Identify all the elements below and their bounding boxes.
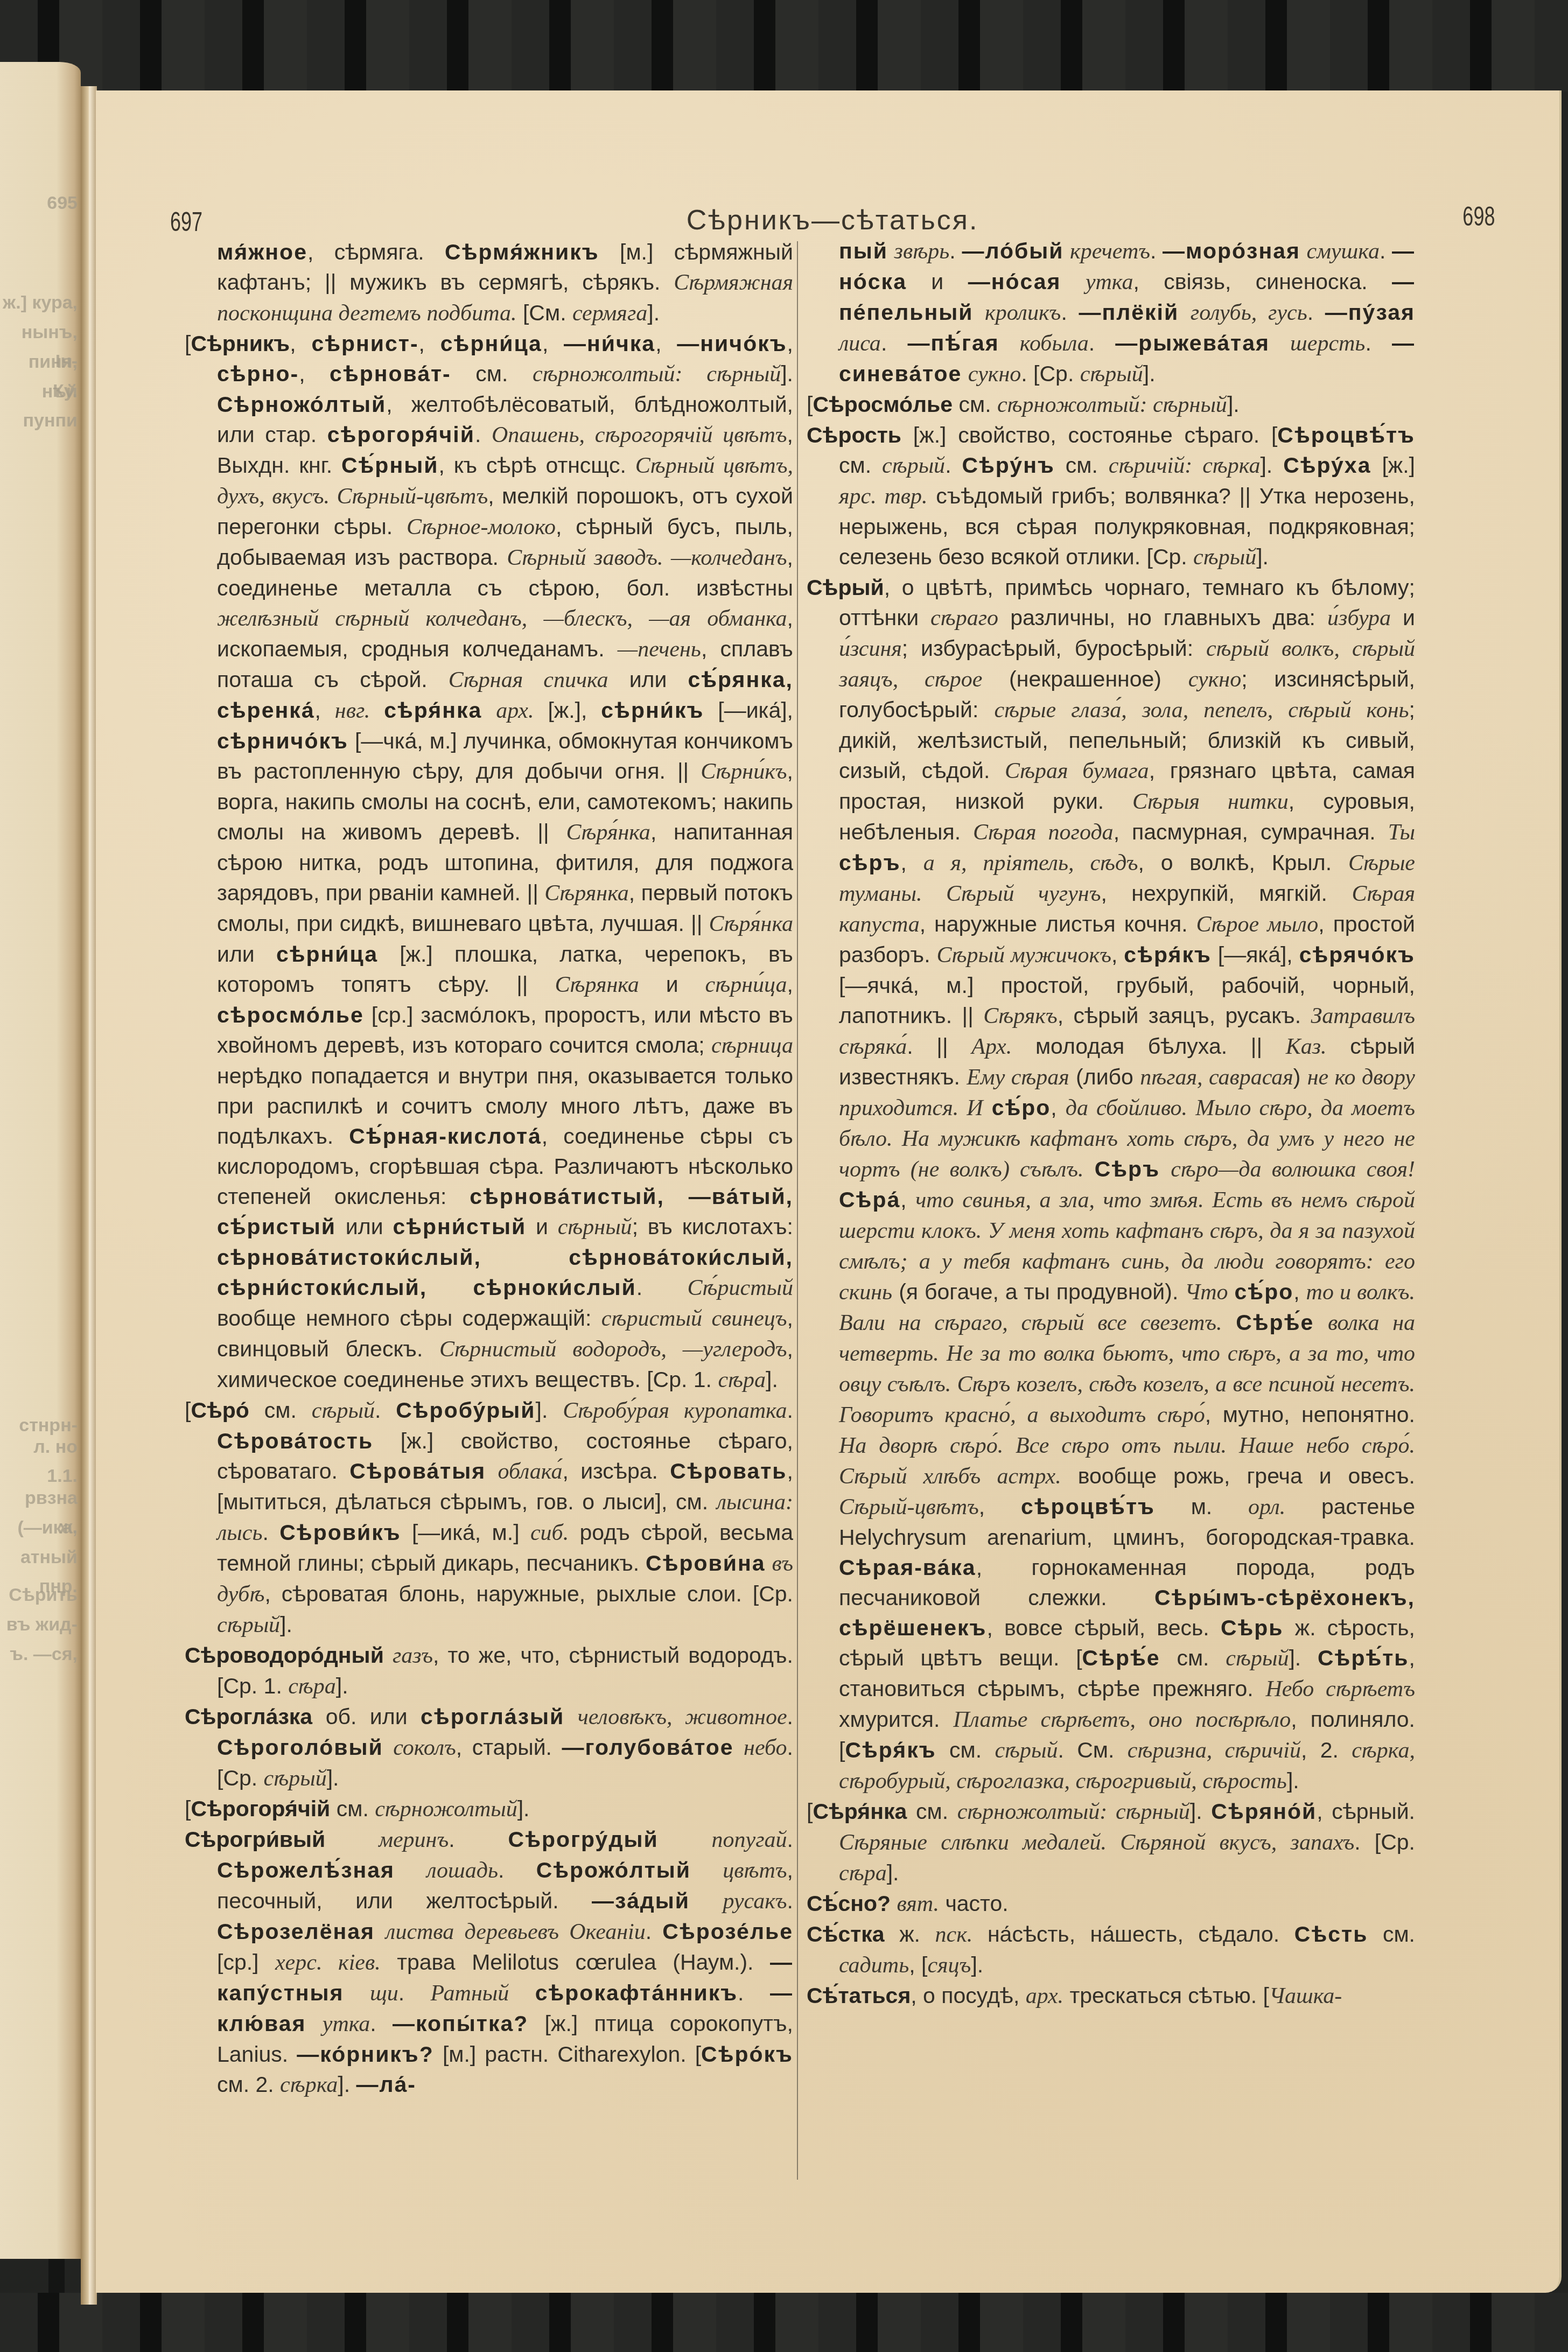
italic-example: сѣрый: [1193, 545, 1256, 570]
entry-text: .: [646, 1919, 663, 1944]
bold-term: Сѣрова́тость: [217, 1429, 373, 1453]
entry-text: [564, 1704, 578, 1729]
entry-text: [690, 1888, 723, 1913]
bold-term: Сѣрѣ́е: [1236, 1310, 1314, 1335]
entry-text: [1228, 1279, 1235, 1304]
entry-text: [999, 331, 1020, 355]
entry-text: , 2.: [1301, 1738, 1352, 1762]
entry-text: [659, 1827, 712, 1852]
running-title: Сѣрникъ—сѣтаться.: [170, 204, 1495, 236]
italic-example: сѣрый: [264, 1766, 327, 1791]
entry-text: вообще рожь, греча и овесъ.: [1061, 1464, 1415, 1488]
italic-example: Небо сѣрѣетъ: [1265, 1677, 1415, 1702]
italic-example: сѣрный: [558, 1215, 632, 1240]
italic-example: листва деревьевъ Океаніи: [386, 1920, 646, 1944]
bold-term: —пѣ́гая: [907, 331, 999, 355]
entry-text: часто.: [939, 1891, 1009, 1916]
italic-example: сѣрножолтый: сѣрный: [957, 1800, 1190, 1824]
dictionary-entry: Сѣрогри́вый меринъ. Сѣрогру́дый попугай.…: [185, 1824, 793, 2100]
entry-text: . ||: [907, 1034, 971, 1059]
entry-text: ].: [517, 1796, 530, 1821]
italic-example: соколъ: [393, 1735, 456, 1760]
italic-example: сѣризна, сѣричій: [1128, 1738, 1301, 1763]
previous-page-text: ж.] кура,: [2, 288, 78, 317]
bold-term: —за́дый: [592, 1888, 690, 1913]
headword: Сѣрогоря́чій: [191, 1796, 330, 1821]
italic-example: облака́: [498, 1459, 562, 1484]
italic-example: сѣра: [839, 1861, 887, 1886]
previous-page-edge: 695ж.] кура,нынъ, Ін-пиня, Ку.нъй пунпис…: [0, 62, 81, 2259]
entry-text: и: [639, 972, 705, 997]
entry-text: ): [1293, 1065, 1307, 1089]
entry-text: .: [398, 1980, 431, 2005]
dictionary-entry: Сѣ́стка ж. пск. на́сѣсть, на́шесть, сѣда…: [807, 1919, 1415, 1980]
bold-term: Сѣря́къ: [845, 1738, 936, 1762]
entry-text: [509, 1980, 535, 2005]
headword: Сѣ́таться: [807, 1983, 911, 2008]
entry-text: ].: [338, 2072, 356, 2097]
entry-text: [См.: [517, 300, 572, 325]
entry-text: [973, 300, 985, 325]
entry-text: [1222, 1310, 1236, 1335]
italic-example: сѣрножолтый: сѣрный: [533, 362, 781, 387]
italic-example: Сѣрыя нитки: [1132, 789, 1289, 814]
italic-example: Что: [1185, 1280, 1228, 1305]
entry-text: , сѣрмяга.: [307, 240, 445, 264]
entry-text: [1314, 1310, 1328, 1335]
italic-example: —печень: [618, 637, 701, 662]
italic-example: Ты: [1388, 820, 1415, 845]
entry-text: .: [1061, 300, 1079, 325]
bold-term: сѣръ: [839, 850, 901, 875]
italic-example: Сѣрое мыло: [1196, 912, 1319, 937]
italic-example: Ему сѣрая: [967, 1065, 1069, 1090]
bold-term: —рыжева́тая: [1115, 331, 1270, 355]
entry-text: см.: [330, 1796, 375, 1821]
entry-text: .: [1307, 300, 1325, 325]
italic-example: пск.: [935, 1922, 973, 1947]
entry-text: .: [738, 1980, 770, 2005]
italic-example: и́збура: [1327, 606, 1391, 631]
headword: Сѣроводоро́дный: [185, 1643, 384, 1668]
entry-text: хмурится.: [839, 1707, 953, 1732]
entry-text: .: [1150, 239, 1163, 263]
italic-example: человѣкъ, животное: [578, 1705, 787, 1730]
headword: Сѣрогла́зка: [185, 1704, 312, 1729]
entry-text: ].: [781, 361, 793, 386]
italic-example: пѣгая, саврасая: [1140, 1065, 1293, 1090]
entry-text: см.: [839, 453, 882, 478]
dictionary-entry: пый звѣрь. —ло́бый кречетъ. —моро́зная с…: [807, 236, 1415, 389]
foam-background-top: [0, 0, 1568, 92]
headword: Сѣ́стка: [807, 1922, 885, 1947]
italic-example: кречетъ: [1070, 239, 1150, 264]
entry-text: [344, 1980, 369, 2005]
entry-text: [ср.]: [217, 1950, 275, 1975]
headword: Сѣрникъ: [191, 331, 290, 356]
entry-text: ,: [979, 1494, 1021, 1519]
entry-text: ].: [887, 1860, 899, 1885]
bold-term: —ничо́къ: [677, 331, 787, 356]
headword: Сѣрогри́вый: [185, 1827, 325, 1852]
italic-example: утка: [323, 2012, 370, 2036]
italic-example: небо: [744, 1735, 787, 1760]
bold-term: —копы́тка?: [393, 2011, 528, 2036]
entry-text: .: [1365, 331, 1392, 355]
entry-text: ,: [315, 698, 335, 723]
entry-text: м.: [1155, 1494, 1248, 1519]
entry-text: , вовсе сѣрый, весь.: [986, 1615, 1220, 1640]
bold-term: сѣ́ро: [1235, 1279, 1294, 1304]
entry-text: ].: [336, 1674, 348, 1698]
entry-text: ].: [1256, 544, 1269, 569]
bold-term: сѣрячо́къ: [1299, 942, 1415, 967]
entry-text: трескаться сѣтью. [: [1063, 1983, 1269, 2008]
bold-term: Сѣряно́й: [1211, 1799, 1317, 1824]
italic-example: садить: [839, 1953, 909, 1978]
entry-text: , изсѣра.: [562, 1459, 670, 1483]
entry-text: ,: [900, 1187, 915, 1212]
bold-term: —ко́рникъ?: [297, 2042, 434, 2067]
italic-example: Каз.: [1286, 1034, 1327, 1059]
entry-text: ,: [787, 331, 793, 356]
italic-example: сѣрый: [882, 453, 945, 478]
bold-term: Сѣра́: [839, 1187, 900, 1212]
previous-page-text: (—ика,: [2, 1513, 78, 1542]
italic-example: и́зсиня: [839, 636, 902, 661]
entry-text: [1300, 239, 1307, 263]
bold-term: —пу́зая: [1325, 300, 1415, 325]
italic-example: Сѣрая погода: [973, 820, 1114, 845]
italic-example: нвг.: [335, 698, 370, 723]
entry-text: [370, 698, 384, 723]
entry-text: .: [945, 453, 962, 478]
dictionary-entry: Сѣроводоро́дный газъ, то же, что, сѣрнис…: [185, 1640, 793, 1702]
italic-example: сяцъ: [927, 1953, 971, 1978]
bold-term: —ло́бый: [962, 239, 1063, 263]
bold-term: Сѣрь: [1221, 1615, 1284, 1640]
dictionary-page: 697 Сѣрникъ—сѣтаться. 698 мя́жное, сѣрмя…: [96, 90, 1562, 2293]
entry-text: или: [217, 942, 276, 967]
italic-example: попугай: [712, 1828, 787, 1852]
entry-text: см. 2.: [217, 2072, 280, 2097]
entry-text: ,: [787, 972, 793, 997]
entry-text: см.: [953, 392, 997, 417]
entry-text: ].: [1260, 453, 1283, 478]
bold-term: Сѣ́рный: [341, 453, 438, 478]
italic-example: Сѣрякъ: [983, 1004, 1057, 1028]
dictionary-entry: Сѣ́таться, о посудѣ, арх. трескаться сѣт…: [807, 1980, 1415, 2011]
entry-text: на́сѣсть, на́шесть, сѣдало.: [972, 1922, 1294, 1947]
entry-text: , сѣрый заяцъ, русакъ.: [1058, 1003, 1311, 1028]
entry-text: [1160, 1157, 1171, 1181]
italic-example: лошадь: [426, 1858, 498, 1883]
headword: Сѣро́: [191, 1398, 249, 1423]
entry-text: ; избурасѣрый, буросѣрый:: [902, 636, 1206, 661]
bold-term: сѣрогла́зый: [421, 1704, 564, 1729]
entry-text: [: [185, 1398, 191, 1423]
italic-example: сѣрый: [995, 1738, 1058, 1763]
bold-term: сѣрокафта́нникъ: [535, 1980, 738, 2005]
italic-example: Сѣря́нка: [566, 820, 650, 845]
italic-example: сѣрый: [312, 1398, 375, 1423]
italic-example: кроликъ: [985, 300, 1061, 325]
italic-example: русакъ: [723, 1889, 787, 1914]
dictionary-entry: мя́жное, сѣрмяга. Сѣрмя́жникъ [м.] сѣрмя…: [185, 237, 793, 328]
bold-term: сѣрнова́т-: [330, 361, 451, 386]
bold-term: Сѣровать: [670, 1459, 787, 1483]
bold-term: Сѣрозе́лье: [662, 1919, 793, 1944]
entry-text: [325, 1827, 379, 1852]
column-rule: [797, 241, 798, 2180]
entry-text: ж.: [885, 1922, 935, 1947]
bold-term: Сѣро́къ: [701, 2042, 793, 2067]
italic-example: Сѣ́ристый: [688, 1276, 793, 1300]
previous-page-text: ъ. —ся,: [2, 1640, 78, 1669]
italic-example: вят.: [897, 1892, 939, 1916]
headword: Сѣрость: [807, 423, 901, 447]
italic-example: Чашка-: [1269, 1984, 1342, 2008]
entry-text: и: [1391, 605, 1415, 630]
bold-term: сѣ́ро: [992, 1095, 1051, 1120]
entry-text: ,: [655, 331, 677, 356]
bold-term: Сѣробу́рый: [396, 1398, 535, 1423]
bold-term: сѣря́нка: [384, 698, 482, 723]
bold-term: пый: [839, 239, 888, 263]
dictionary-entry: Сѣрый, о цвѣтѣ, примѣсь чорнаго, темнаго…: [807, 572, 1415, 1796]
italic-example: Опашень, сѣрогорячій цвѣтъ: [492, 423, 787, 447]
italic-example: Сѣрни́къ: [701, 759, 787, 784]
bold-term: Сѣръ: [1095, 1157, 1160, 1181]
entry-text: , мутно, непонятно.: [1205, 1402, 1415, 1427]
entry-text: ,: [290, 331, 311, 356]
entry-text: [—ика́, м.]: [401, 1520, 530, 1545]
entry-text: , старый.: [456, 1735, 562, 1760]
entry-text: [384, 1643, 393, 1668]
entry-text: ].: [1289, 1646, 1318, 1670]
italic-example: цвѣтъ: [723, 1858, 787, 1883]
bold-term: Сѣру́ха: [1283, 453, 1371, 478]
entry-text: ].: [280, 1612, 292, 1637]
previous-page-text: л. но 1.1.: [2, 1432, 78, 1490]
entry-text: и: [526, 1214, 558, 1239]
italic-example: сѣрый: [217, 1613, 280, 1637]
entry-text: см.: [936, 1738, 995, 1762]
italic-example: голубь, гусь: [1191, 300, 1307, 325]
entry-text: [1061, 269, 1085, 294]
entry-text: ].: [971, 1952, 983, 1977]
bold-term: сѣрни́ца: [440, 331, 542, 356]
headword: Сѣря́нка: [813, 1799, 907, 1824]
bold-term: сѣрни́ца: [276, 942, 378, 967]
italic-example: Сѣробу́рая куропатка: [563, 1398, 787, 1423]
italic-example: сукно: [968, 362, 1021, 387]
bold-term: сѣрогоря́чій: [327, 422, 475, 447]
italic-example: а я, пріятель, сѣдъ: [923, 851, 1138, 876]
bold-term: Сѣрова́тыя: [349, 1459, 486, 1483]
entry-text: [: [807, 1799, 813, 1824]
entry-text: ,: [1111, 942, 1124, 967]
bold-term: сѣрни́стый: [393, 1214, 526, 1239]
entry-text: . [Ср.: [1021, 361, 1080, 386]
italic-example: сукно: [1188, 667, 1241, 692]
italic-example: Сѣрая бумага: [1005, 759, 1149, 783]
italic-example: Сѣря́нка: [709, 912, 793, 936]
bold-term: Сѣрѣ́е: [1082, 1646, 1160, 1670]
entry-text: [1179, 300, 1191, 325]
entry-text: [383, 1735, 394, 1760]
entry-text: , [: [909, 1952, 927, 1977]
dictionary-entry: Сѣ́сно? вят. часто.: [807, 1888, 1415, 1919]
italic-example: сѣра: [718, 1368, 766, 1392]
entry-text: ,: [901, 850, 923, 875]
dictionary-entry: [Сѣро́ см. сѣрый. Сѣробу́рый]. Сѣробу́ра…: [185, 1395, 793, 1640]
entry-text: и: [907, 269, 968, 294]
italic-example: кобыла: [1020, 331, 1089, 356]
entry-text: ; въ кислотахъ:: [632, 1214, 793, 1239]
entry-text: [: [185, 1796, 191, 1821]
entry-text: , наружные листья кочня.: [920, 912, 1196, 936]
dictionary-entry: [Сѣрогоря́чій см. сѣрножолтый].: [185, 1794, 793, 1824]
entry-text: .: [787, 1827, 793, 1852]
entry-text: .: [787, 1888, 793, 1913]
entry-text: [691, 1858, 723, 1882]
entry-text: (некрашенное): [982, 667, 1188, 691]
italic-example: сѣрые глаза́, зола, пепелъ, сѣрый конь: [994, 698, 1409, 723]
entry-text: [306, 2011, 322, 2036]
italic-example: сиб.: [530, 1521, 569, 1545]
entry-text: . См.: [1058, 1738, 1128, 1762]
entry-text: .: [636, 1275, 688, 1300]
entry-text: .: [475, 422, 492, 447]
entry-text: молодая бѣлуха. ||: [1012, 1034, 1286, 1059]
entry-text: (либо: [1069, 1065, 1140, 1089]
entry-text: [—ика́],: [704, 698, 793, 723]
entry-text: .: [498, 1858, 536, 1882]
entry-text: .: [787, 1704, 793, 1729]
entry-text: .: [1380, 239, 1392, 263]
italic-example: херс. кіев.: [275, 1950, 381, 1975]
italic-example: Сѣрный заводъ. —колчеданъ: [507, 545, 787, 570]
entry-text: [—яка́],: [1212, 942, 1299, 967]
entry-text: , сѣрный.: [1317, 1799, 1415, 1824]
entry-text: ].: [1227, 392, 1240, 417]
dictionary-entry: [Сѣря́нка см. сѣрножолтый: сѣрный]. Сѣря…: [807, 1796, 1415, 1888]
page-number-right: 698: [1462, 201, 1495, 232]
entry-text: см.: [451, 361, 533, 386]
previous-page-text: нъй пунпи: [2, 377, 78, 435]
bold-term: —плёкій: [1079, 300, 1179, 325]
entry-text: вообще немного сѣры содержащій:: [217, 1306, 601, 1331]
entry-text: [1270, 331, 1290, 355]
italic-example: Сѣрная спичка: [449, 668, 608, 692]
headword: Сѣрый: [807, 575, 884, 600]
headword: Сѣ́сно?: [807, 1891, 891, 1916]
bold-term: Сѣрожелѣ́зная: [217, 1858, 395, 1882]
italic-example: лиса: [839, 331, 881, 356]
italic-example: Сѣрнистый водородъ, —углеродъ: [439, 1337, 787, 1362]
bold-term: Сѣрмя́жникъ: [445, 240, 599, 264]
entry-text: ,: [419, 331, 440, 356]
entry-text: [м.] растн. Citharexylon. [: [434, 2042, 701, 2067]
entry-text: см.: [1160, 1646, 1226, 1670]
bold-term: Сѣрожо́лтый: [536, 1858, 691, 1882]
bold-term: Сѣрая-ва́ка: [839, 1555, 976, 1580]
italic-example: Сѣрное-молоко: [407, 515, 556, 540]
italic-example: сѣрни́ца: [705, 972, 787, 997]
bold-term: сѣрнист-: [311, 331, 418, 356]
bold-term: сѣрничо́къ: [217, 729, 348, 753]
bold-term: сѣря́къ: [1124, 942, 1211, 967]
entry-text: .: [375, 1398, 396, 1423]
bold-term: Сѣсть: [1294, 1922, 1368, 1947]
entry-text: [375, 1919, 386, 1944]
italic-example: меринъ: [379, 1828, 449, 1852]
italic-example: звѣрь: [894, 239, 950, 264]
bold-term: —ла́-: [356, 2072, 417, 2097]
italic-example: Сѣрянка: [555, 972, 639, 997]
entry-text: ].: [1190, 1799, 1211, 1824]
bold-term: Сѣрови́на: [646, 1551, 765, 1576]
entry-text: см.: [249, 1398, 312, 1423]
entry-text: [962, 361, 968, 386]
italic-example: газъ: [393, 1643, 433, 1668]
entry-text: или: [336, 1214, 393, 1239]
italic-example: сѣрка: [280, 2073, 338, 2097]
bold-term: Сѣрогру́дый: [508, 1827, 659, 1852]
italic-example: сѣрножолтый: [375, 1797, 517, 1822]
italic-example: сѣристый свинецъ: [601, 1306, 787, 1331]
italic-example: Сѣрый-цвѣтъ: [839, 1495, 979, 1520]
entry-text: [766, 1551, 772, 1576]
bold-term: сѣроцвѣ́тъ: [1021, 1494, 1155, 1519]
entry-text: [888, 239, 894, 263]
italic-example: Сѣряные слѣпки медалей. Сѣряной вкусъ, з…: [839, 1830, 1354, 1855]
italic-example: арх.: [496, 698, 534, 723]
italic-example: сермяга: [572, 301, 647, 326]
entry-text: [: [807, 392, 813, 417]
italic-example: сѣро—да волюшка своя!: [1171, 1157, 1415, 1182]
italic-example: шерсть: [1290, 331, 1365, 356]
italic-example: сѣрый: [1226, 1646, 1289, 1671]
italic-example: Арх.: [971, 1034, 1012, 1059]
entry-text: .: [370, 2011, 393, 2036]
italic-example: сѣричій: сѣрка: [1109, 453, 1261, 478]
italic-example: орл.: [1248, 1495, 1285, 1520]
entry-text: [482, 698, 496, 723]
bold-term: Сѣру́нъ: [962, 453, 1054, 478]
bold-term: Сѣрогoло́вый: [217, 1735, 383, 1760]
entry-text: (я богаче, а ты продувной).: [892, 1279, 1185, 1304]
entry-text: . [Ср.: [1354, 1830, 1415, 1854]
dictionary-entry: [Сѣросмо́лье см. сѣрножолтый: сѣрный].: [807, 389, 1415, 420]
italic-example: желѣзный сѣрный колчеданъ, —блескъ, —ая …: [217, 606, 787, 631]
entry-text: .: [449, 1827, 508, 1852]
italic-example: Сѣрянка: [544, 881, 628, 906]
entry-text: [ж.],: [534, 698, 601, 723]
italic-example: Платье сѣрѣетъ, оно посѣрѣло: [953, 1707, 1291, 1732]
entry-text: [: [185, 331, 191, 356]
entry-text: , нехрупкій, мягкій.: [1101, 881, 1352, 906]
bold-term: —ни́чка: [564, 331, 655, 356]
entry-text: [ж.]: [1371, 453, 1415, 478]
dictionary-entry: Сѣрость [ж.] свойство, состоянье сѣраго.…: [807, 420, 1415, 572]
entry-text: , о волкѣ, Крыл.: [1138, 850, 1348, 875]
bold-term: сѣрни́къ: [601, 698, 704, 723]
entry-text: .: [949, 239, 962, 263]
bold-term: —моро́зная: [1163, 239, 1300, 263]
entry-text: ,: [1293, 1279, 1306, 1304]
